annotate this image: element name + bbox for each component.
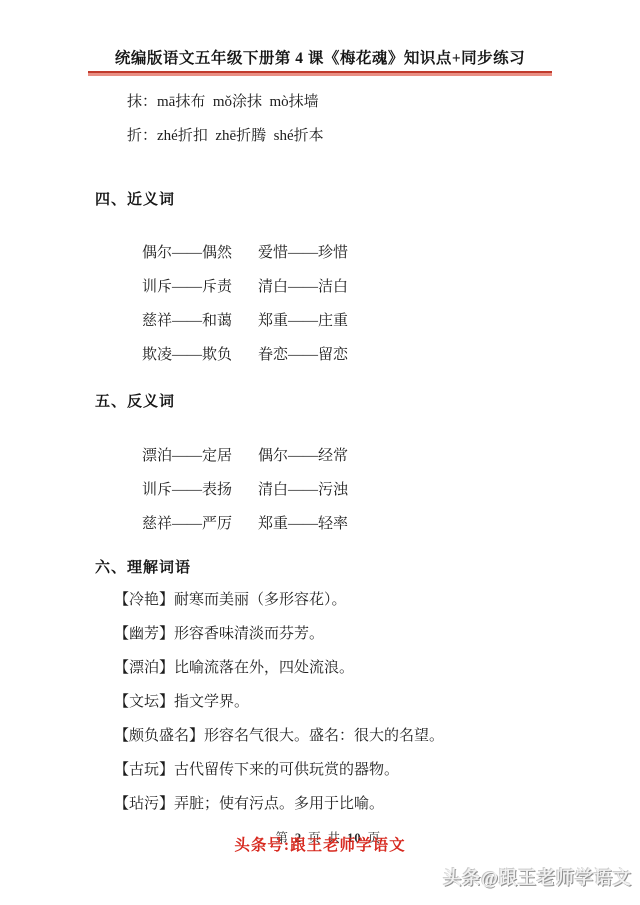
section-heading-antonyms: 五、反义词 bbox=[95, 390, 175, 411]
toutiao-channel-credit: 头条号:跟王老师学语文 bbox=[0, 833, 640, 855]
page-title: 统编版语文五年级下册第 4 课《梅花魂》知识点+同步练习 bbox=[0, 46, 640, 68]
polyphone-line-mo: 抹：mā抹布 mǒ涂抹 mò抹墙 bbox=[127, 92, 319, 112]
antonym-pair: 郑重——轻率 bbox=[258, 516, 348, 532]
section-heading-definitions: 六、理解词语 bbox=[95, 556, 191, 577]
synonym-row: 欺凌——欺负眷恋——留恋 bbox=[127, 325, 348, 385]
definition-line: 【冷艳】耐寒而美丽（多形容花）。 bbox=[114, 590, 347, 610]
toutiao-watermark: 头条@跟王老师学语文 bbox=[443, 864, 632, 890]
section-heading-synonyms: 四、近义词 bbox=[95, 188, 175, 209]
definition-line: 【幽芳】形容香味清淡而芬芳。 bbox=[114, 624, 324, 644]
document-page: 统编版语文五年级下册第 4 课《梅花魂》知识点+同步练习 抹：mā抹布 mǒ涂抹… bbox=[0, 0, 640, 905]
definition-line: 【漂泊】比喻流落在外，四处流浪。 bbox=[114, 658, 354, 678]
title-red-divider bbox=[88, 71, 552, 76]
definition-line: 【文坛】指文学界。 bbox=[114, 692, 249, 712]
antonym-pair: 慈祥——严厉 bbox=[142, 514, 258, 534]
synonym-pair: 欺凌——欺负 bbox=[142, 345, 258, 365]
definition-line: 【玷污】弄脏；使有污点。多用于比喻。 bbox=[114, 794, 384, 814]
polyphone-line-zhe: 折：zhé折扣 zhē折腾 shé折本 bbox=[127, 126, 324, 146]
definition-line: 【颇负盛名】形容名气很大。盛名：很大的名望。 bbox=[114, 726, 444, 746]
antonym-row: 慈祥——严厉郑重——轻率 bbox=[127, 494, 348, 554]
synonym-pair: 眷恋——留恋 bbox=[258, 347, 348, 363]
definition-line: 【古玩】古代留传下来的可供玩赏的器物。 bbox=[114, 760, 399, 780]
